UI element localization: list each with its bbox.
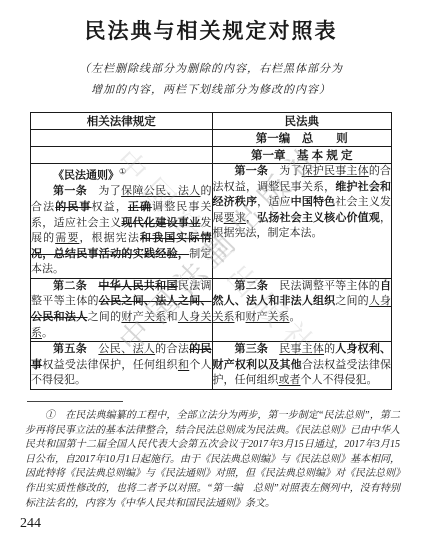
table-row-article2: 第二条 中华人民共和国民法调整平等主体的公民之间、法人之间、公民和法人之间的财产…	[31, 278, 392, 341]
text-segment-b: 第五条	[53, 343, 87, 355]
text-segment-b: 第三条	[235, 343, 269, 355]
article-paragraph: 第三条 民事主体的人身权利、财产权利以及其他合法权益受法律保护，任何组织或者个人…	[213, 342, 392, 389]
text-segment-d: 中华人民共和国	[98, 280, 177, 292]
table-row-article3: 第五条 公民、法人的合法的民事权益受法律保护，任何组织和个人不得侵犯。 第三条 …	[31, 342, 392, 390]
header-civil-code: 民法典	[212, 113, 392, 130]
article-paragraph: 《民法通则》①	[31, 164, 212, 184]
article-paragraph: 第二条 民法调整平等主体的自然人、法人和非法人组织之间的人身关系和财产关系。	[213, 279, 392, 326]
text-segment-b: 第二条	[53, 280, 87, 292]
text-segment-u: 公民、法人	[98, 343, 155, 355]
text-segment-d: 正确	[128, 201, 152, 213]
text-segment-d: 的民事	[55, 201, 91, 213]
text-segment-u: 要求	[224, 212, 246, 224]
text-segment-u: 保障公民、法人	[121, 185, 200, 197]
text-segment-b: 第二条	[235, 280, 269, 292]
text-segment-b: 第一条	[235, 165, 269, 177]
footnote-separator	[27, 401, 123, 402]
text-segment-n: 为了	[87, 185, 121, 197]
page-title: 民法典与相关规定对照表	[0, 15, 422, 45]
legend-note-line2: 增加的内容，两栏下划线部分为修改的内容）	[0, 80, 422, 101]
text-segment-sup: ①	[119, 167, 126, 176]
legend-note: （左栏删除线部分为删除的内容，右栏黑体部分为 增加的内容，两栏下划线部分为修改的…	[0, 59, 422, 101]
text-segment-n: 和	[167, 311, 178, 323]
text-segment-n: 为了	[268, 165, 302, 177]
section-row-chapter1: 第一章 基 本 规 定	[31, 147, 392, 164]
article-paragraph: 第一条 为了保护民事主体的合法权益，调整民事关系，维护社会和经济秩序，适应中国特…	[213, 164, 392, 242]
legend-note-line1: （左栏删除线部分为删除的内容，右栏黑体部分为	[0, 59, 422, 80]
text-segment-n: 的合法	[155, 343, 189, 355]
text-segment-u: 和	[178, 359, 189, 371]
old-law-article2-cell: 第二条 中华人民共和国民法调整平等主体的公民之间、法人之间、公民和法人之间的财产…	[31, 278, 213, 341]
civil-code-article2-cell: 第二条 民法调整平等主体的自然人、法人和非法人组织之间的人身关系和财产关系。	[212, 278, 392, 341]
page-number: 244	[20, 516, 422, 532]
text-segment-n: ，适应	[257, 196, 291, 208]
text-segment-n: ，根据宪法	[79, 232, 140, 244]
text-segment-u: 民事主体	[279, 343, 324, 355]
text-segment-u: 财产关系	[246, 311, 290, 323]
text-segment-u: 或者	[279, 374, 301, 386]
text-segment-n: 的	[324, 343, 335, 355]
civil-code-article3-cell: 第三条 民事主体的人身权利、财产权利以及其他合法权益受法律保护，任何组织或者个人…	[212, 342, 392, 390]
text-segment-b: 《民法通则》	[53, 170, 119, 182]
article-paragraph: 第五条 公民、法人的合法的民事权益受法律保护，任何组织和个人不得侵犯。	[31, 342, 212, 389]
comparison-table: 相关法律规定 民法典 第一编 总 则 第一章 基 本 规 定 《民法通则》①第一…	[30, 112, 392, 390]
section-part1-title: 第一编 总 则	[212, 130, 392, 147]
table-header-row: 相关法律规定 民法典	[31, 113, 392, 130]
text-segment-n: 。	[42, 327, 53, 339]
text-segment-b: 第一条	[53, 185, 87, 197]
text-segment-b: 弘扬社会主义核心价值观	[257, 212, 380, 224]
text-segment-u: 保护民事主体	[302, 165, 369, 177]
old-law-article5-cell: 第五条 公民、法人的合法的民事权益受法律保护，任何组织和个人不得侵犯。	[31, 342, 213, 390]
section-row-part1: 第一编 总 则	[31, 130, 392, 147]
section-left-empty-1	[31, 130, 213, 147]
section-chapter1-title: 第一章 基 本 规 定	[212, 147, 392, 164]
footnote-text: ① 在民法典编纂的工程中，全部立法分为两步，第一步制定“民法总则”，第二步再将民…	[25, 409, 400, 511]
text-segment-n: 个人不得侵犯。	[301, 374, 378, 386]
text-segment-n: ，	[246, 212, 257, 224]
header-related-laws: 相关法律规定	[31, 113, 213, 130]
text-segment-u: 需要	[55, 232, 79, 244]
civil-code-article1-cell: 第一条 为了保护民事主体的合法权益，调整民事关系，维护社会和经济秩序，适应中国特…	[212, 164, 392, 279]
table-row-article1: 《民法通则》①第一条 为了保障公民、法人的合法的民事权益，正确调整民事关系，适应…	[31, 164, 392, 279]
text-segment-n: 权益受法律保护，任何组织	[42, 359, 178, 371]
section-left-empty-2	[31, 147, 213, 164]
text-segment-n	[87, 280, 98, 292]
text-segment-n: 民法调整平等主体的	[268, 280, 380, 292]
text-segment-n: 之间的	[335, 295, 369, 307]
comparison-table-wrap: 相关法律规定 民法典 第一编 总 则 第一章 基 本 规 定 《民法通则》①第一…	[30, 112, 392, 390]
article-paragraph: 第一条 为了保障公民、法人的合法的民事权益，正确调整民事关系，适应社会主义现代化…	[31, 184, 212, 278]
text-segment-n: 和	[235, 311, 246, 323]
text-segment-b: 中国特色	[291, 196, 336, 208]
text-segment-n: 权益，	[92, 201, 128, 213]
text-segment-n: 。	[290, 311, 301, 323]
text-segment-d: 现代化建设事业	[121, 217, 200, 229]
text-segment-n	[268, 343, 279, 355]
article-paragraph: 第二条 中华人民共和国民法调整平等主体的公民之间、法人之间、公民和法人之间的财产…	[31, 279, 212, 341]
old-law-article1-cell: 《民法通则》①第一条 为了保障公民、法人的合法的民事权益，正确调整民事关系，适应…	[31, 164, 213, 279]
text-segment-n	[87, 343, 98, 355]
text-segment-n: 之间的	[88, 311, 122, 323]
text-segment-u: 财产关系	[121, 311, 166, 323]
